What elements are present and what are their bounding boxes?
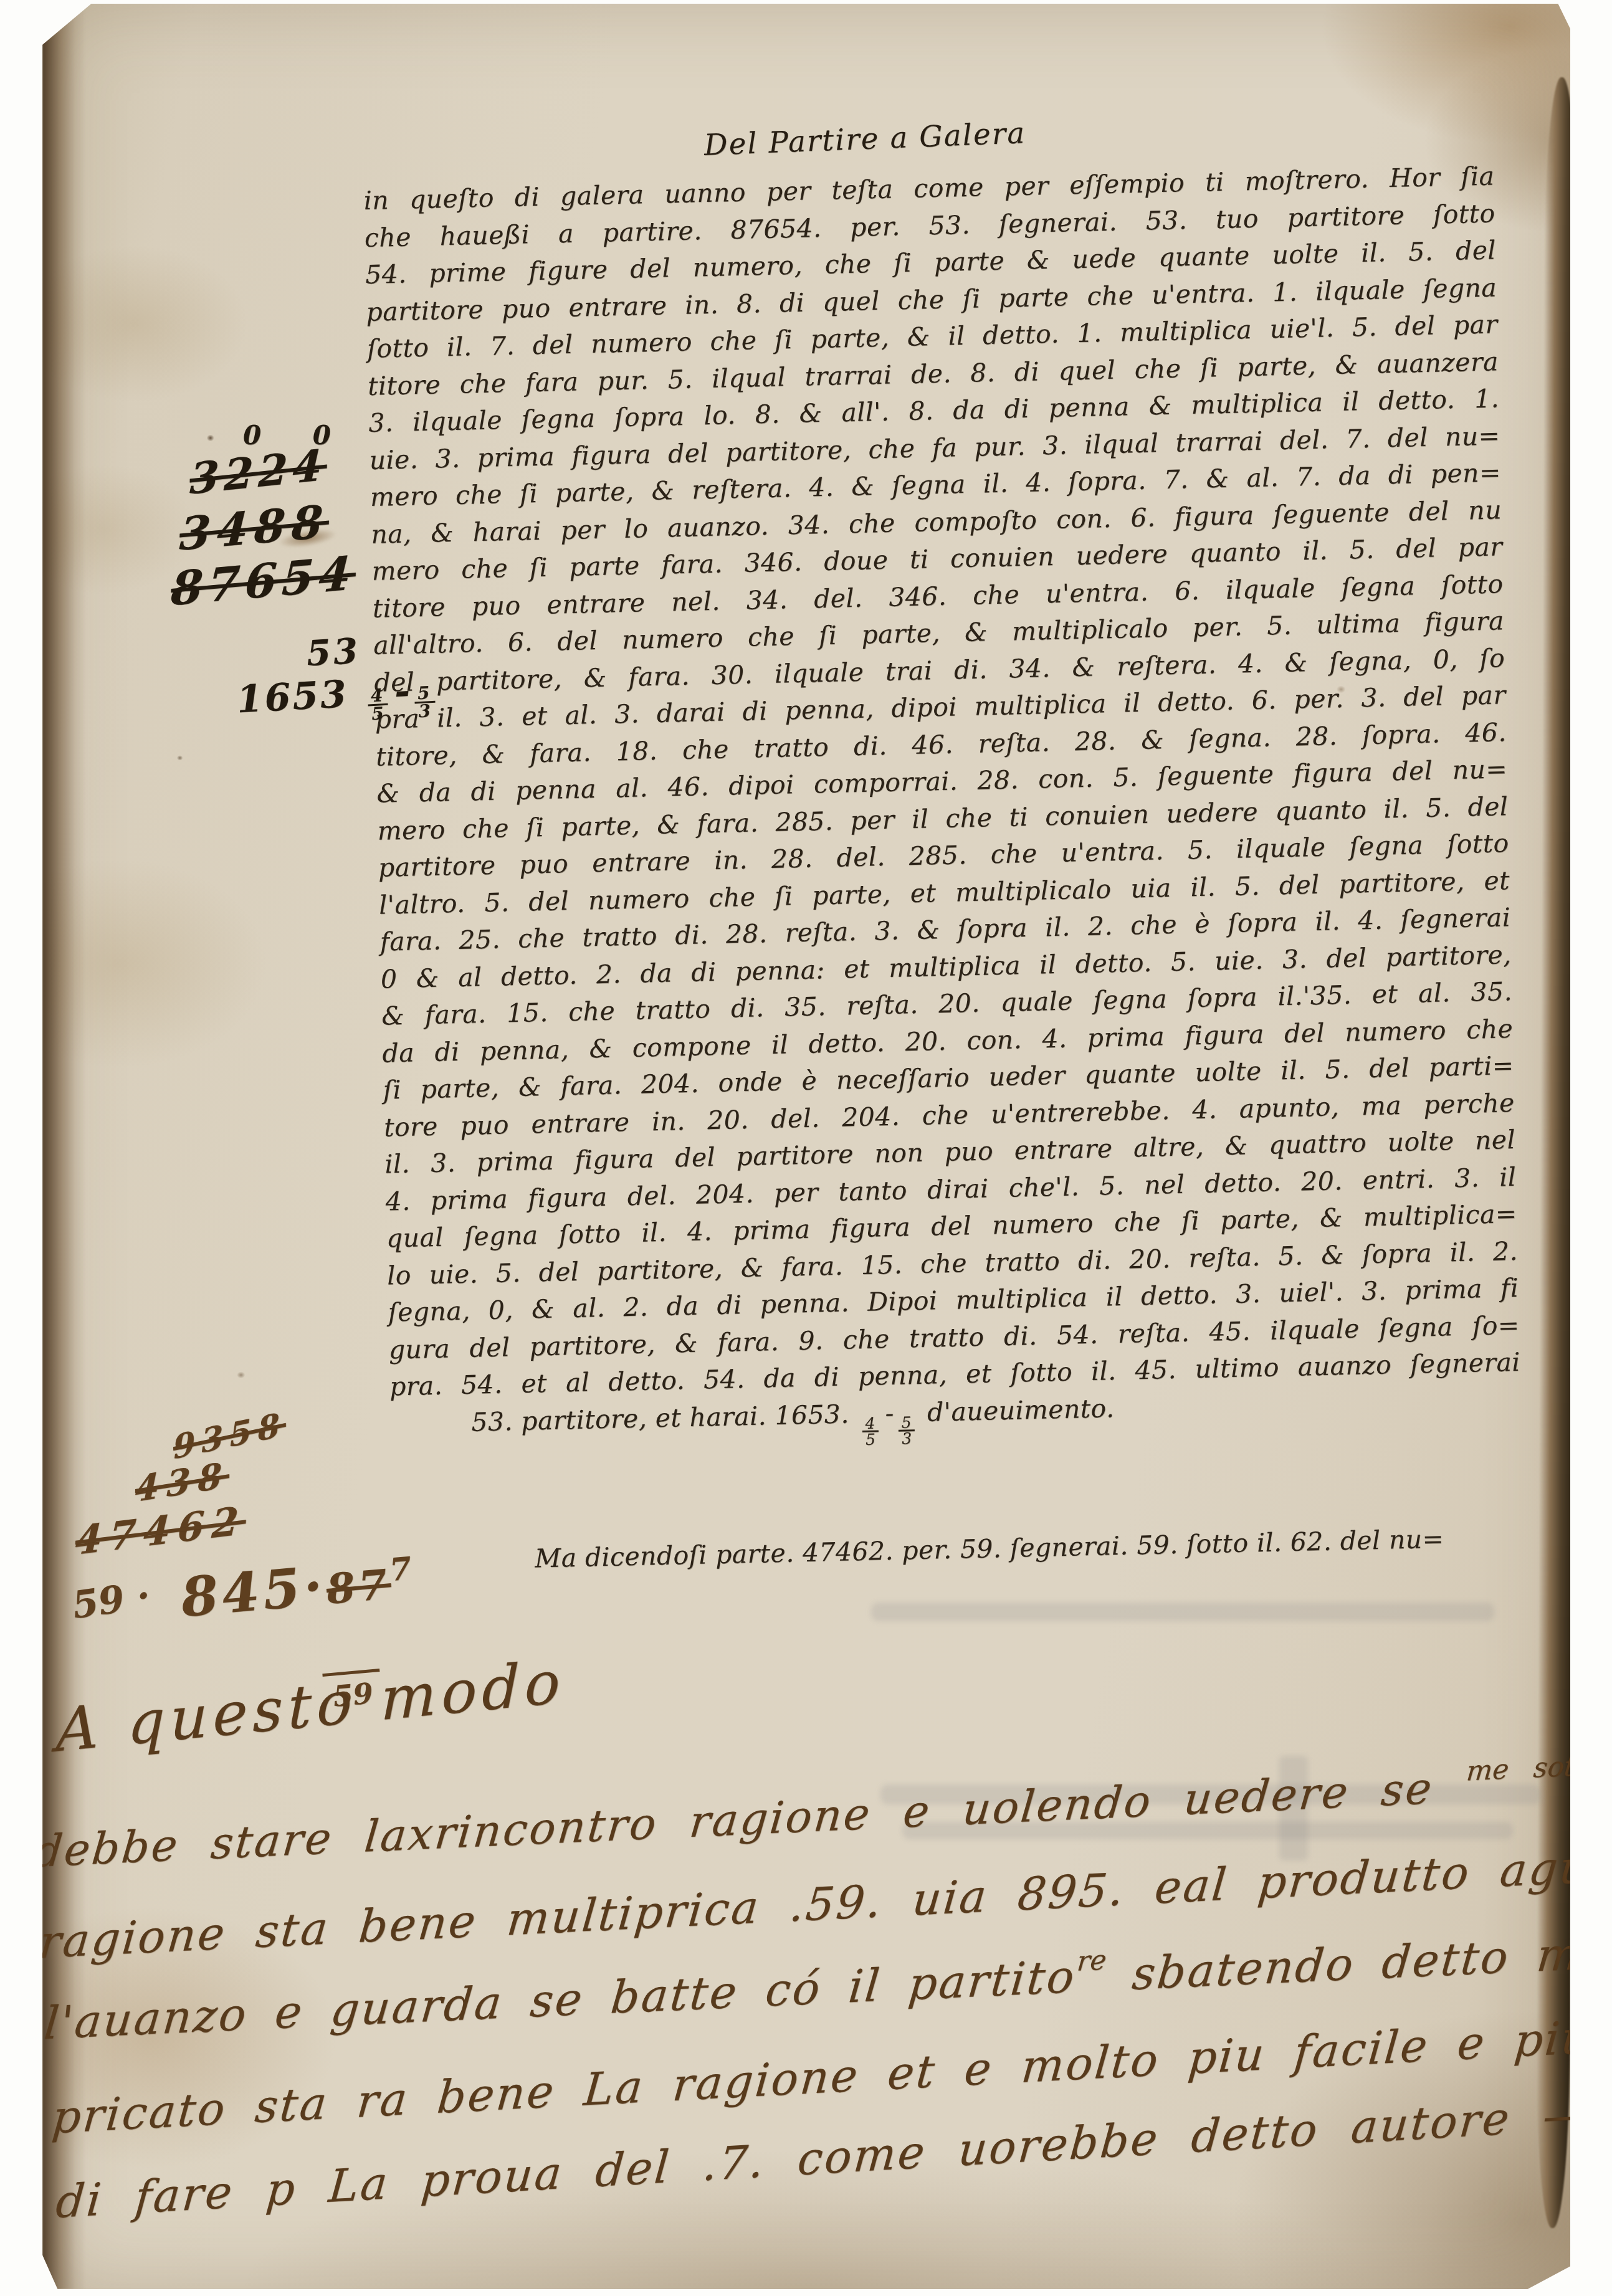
fraction-dash: - (885, 1398, 894, 1427)
remainder-fraction: 53 (898, 1415, 915, 1446)
book-page-stack-edge (1535, 77, 1578, 2228)
galley-87654-quotient: 1653 45-53 (236, 668, 441, 730)
running-title: Del Partire a Galera (571, 111, 1158, 168)
remainder-fraction: 45 (367, 687, 389, 723)
result-line-tail: d'aueuimento. (927, 1393, 1115, 1427)
remainder-fraction: 53 (414, 685, 436, 720)
photo-background: Del Partire a Galera in queſto di galera… (0, 0, 1612, 2296)
next-problem-line: Ma dicendoſi parte. 47462. per. 59. ſegn… (535, 1519, 1525, 1578)
book-page: Del Partire a Galera in queſto di galera… (42, 4, 1570, 2289)
printed-text-block: in queſto di galera uanno per teſta come… (363, 158, 1534, 1581)
bleedthrough-ghost-line (871, 1603, 1494, 1621)
remainder-fraction: 45 (862, 1416, 879, 1447)
ink-dot: · (301, 1554, 329, 1619)
superscript-re: re (1075, 1944, 1108, 1977)
printed-lines: in queſto di galera uanno per teſta come… (363, 158, 1530, 1406)
galley-87654-divisor: 53 (305, 631, 361, 674)
galley-47462-tail-seven: 7 (388, 1550, 417, 1588)
fraction-dash: - (393, 669, 411, 713)
ink-dot: · (134, 1574, 153, 1619)
galley-47462-dividend: 47462 (74, 1497, 247, 1565)
inserted-word: me sotta (1465, 1749, 1604, 1787)
galley-47462-quotient: 845·877 (178, 1546, 419, 1630)
note-line-1: A questo modo (55, 1647, 565, 1765)
result-line-text: 53. partitore, et harai. 1653. (471, 1399, 849, 1437)
galley-87654-scratch-row: 3224 (189, 440, 328, 505)
galley-47462-scratch-tail: 87 (324, 1560, 393, 1614)
